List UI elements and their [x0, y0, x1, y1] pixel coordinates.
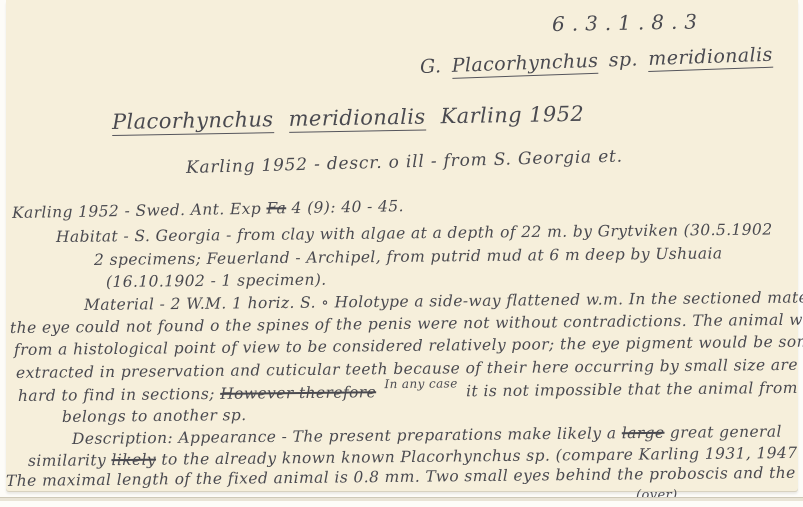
material-line-6: belongs to another sp. [62, 406, 247, 426]
reference-suffix: 4 (9): 40 - 45. [291, 197, 404, 217]
habitat-line-3: (16.10.1902 - 1 specimen). [106, 271, 327, 291]
determination-species: meridionalis [648, 44, 773, 72]
material-line-5-tail: it is not impossible that the animal fro… [466, 378, 803, 400]
scanned-index-card: 6.3.1.8.3 G. Placorhynchus sp. meridiona… [0, 0, 803, 507]
material-line-5-inserted-phrase: In any case [384, 376, 457, 391]
determination-genus: Placorhynchus [451, 50, 598, 79]
description-line-2-struck-word: likely [111, 451, 156, 469]
title-species: meridionalis [288, 105, 425, 133]
card-bottom-edge [0, 497, 803, 501]
catalog-number: 6.3.1.8.3 [552, 9, 704, 36]
description-line-1-struck-word: large [622, 424, 665, 442]
description-line-2-text: similarity [28, 451, 106, 470]
reference-struck-word: Fa [266, 199, 286, 217]
determination-prefix: G. [420, 55, 442, 78]
material-line-5-struck-words: However therefore [220, 383, 376, 403]
title-author: Karling 1952 [440, 102, 584, 129]
determination-rank: sp. [608, 48, 638, 71]
title-genus: Placorhynchus [112, 107, 274, 136]
description-line-1-tail: great general [670, 423, 782, 442]
material-line-5-text: hard to find in sections; [18, 385, 215, 405]
